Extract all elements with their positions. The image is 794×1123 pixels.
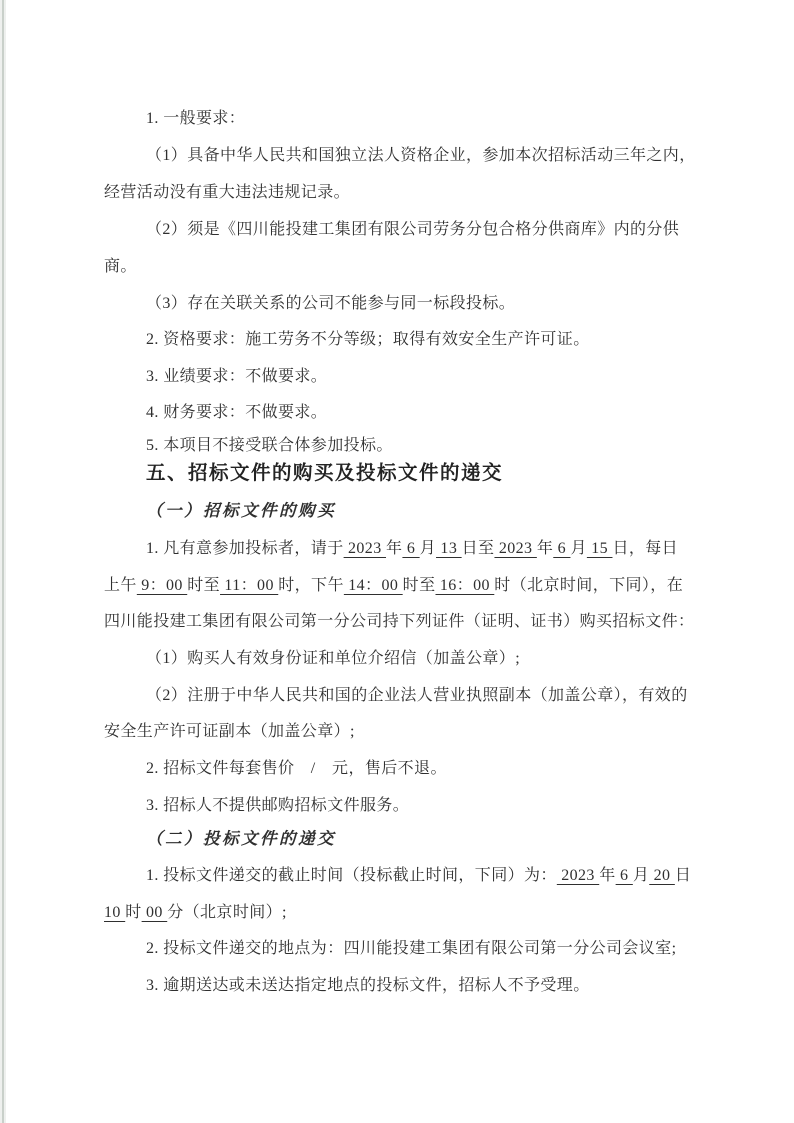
document-line: （2）须是《四川能投建工集团有限公司劳务分包合格分供商库》内的分供	[104, 219, 700, 241]
text-segment: 上午	[104, 577, 137, 594]
document-line: 商。	[104, 256, 700, 278]
text-segment: （一）招标文件的购买	[146, 501, 336, 520]
underlined-field: 6	[553, 540, 570, 557]
underlined-field: 10	[104, 904, 125, 921]
underlined-field: 13	[436, 540, 462, 557]
text-segment: 年	[537, 540, 553, 557]
text-segment: 时至	[403, 577, 436, 594]
document-line: 3. 业绩要求：不做要求。	[104, 366, 700, 388]
document-line: 四川能投建工集团有限公司第一分公司持下列证件（证明、证书）购买招标文件：	[104, 611, 700, 633]
text-segment: 3. 业绩要求：不做要求。	[146, 368, 327, 385]
underlined-field: 14：00	[344, 577, 403, 594]
text-segment: 2. 投标文件递交的地点为：四川能投建工集团有限公司第一分公司会议室;	[146, 940, 676, 957]
text-segment: 1. 一般要求：	[146, 110, 245, 127]
text-segment: 时	[125, 904, 141, 921]
subsection-heading: （一）招标文件的购买	[104, 500, 700, 522]
underlined-field: 16：00	[435, 577, 494, 594]
text-segment: 年	[386, 540, 402, 557]
text-segment: 月	[570, 540, 586, 557]
document-line: 4. 财务要求：不做要求。	[104, 402, 700, 424]
text-segment: 安全生产许可证副本（加盖公章）;	[104, 723, 355, 740]
text-segment: 月	[420, 540, 436, 557]
underlined-field: 2023	[557, 867, 599, 884]
text-segment: 时（北京时间，下同），在	[494, 577, 683, 594]
underlined-field: 15	[587, 540, 613, 557]
text-segment: 时，下午	[278, 577, 344, 594]
document-line: 安全生产许可证副本（加盖公章）;	[104, 721, 700, 743]
text-segment: 五、招标文件的购买及投标文件的递交	[146, 462, 503, 484]
text-segment: 日至	[462, 540, 495, 557]
underlined-field: 6	[616, 867, 633, 884]
text-segment: 1. 凡有意参加投标者，请于	[146, 540, 344, 557]
text-segment: 时至	[187, 577, 220, 594]
underlined-field: 11：00	[220, 577, 278, 594]
subsection-heading: （二）投标文件的递交	[104, 828, 700, 850]
underlined-field: 2023	[344, 540, 386, 557]
document-line: 2. 资格要求：施工劳务不分等级；取得有效安全生产许可证。	[104, 329, 700, 351]
text-segment: 年	[599, 867, 615, 884]
text-segment: 2. 资格要求：施工劳务不分等级；取得有效安全生产许可证。	[146, 331, 590, 348]
document-line: 2. 投标文件递交的地点为：四川能投建工集团有限公司第一分公司会议室;	[104, 938, 700, 960]
document-line: 经营活动没有重大违法违规记录。	[104, 182, 700, 204]
document-line: （2）注册于中华人民共和国的企业法人营业执照副本（加盖公章），有效的	[104, 685, 700, 707]
text-segment: 分（北京时间）;	[167, 904, 287, 921]
underlined-field: 6	[402, 540, 419, 557]
document-line: 3. 招标人不提供邮购招标文件服务。	[104, 795, 700, 817]
text-segment: （2）注册于中华人民共和国的企业法人营业执照副本（加盖公章），有效的	[146, 687, 688, 704]
document-page: 1. 一般要求：（1）具备中华人民共和国独立法人资格企业，参加本次招标活动三年之…	[0, 0, 794, 1123]
document-line: 5. 本项目不接受联合体参加投标。	[104, 435, 700, 457]
text-segment: 日，每日	[612, 540, 678, 557]
text-segment: 日	[675, 867, 691, 884]
underlined-field: 20	[649, 867, 675, 884]
section-heading: 五、招标文件的购买及投标文件的递交	[104, 462, 700, 484]
document-line: （1）购买人有效身份证和单位介绍信（加盖公章）;	[104, 648, 700, 670]
underlined-field: 9：00	[137, 577, 187, 594]
document-line: 10 时 00 分（北京时间）;	[104, 902, 700, 924]
document-line: 3. 逾期送达或未送达指定地点的投标文件，招标人不予受理。	[104, 975, 700, 997]
document-line: 1. 一般要求：	[104, 108, 700, 130]
text-segment: 5. 本项目不接受联合体参加投标。	[146, 437, 393, 454]
text-segment: 月	[633, 867, 649, 884]
document-line: 2. 招标文件每套售价 / 元，售后不退。	[104, 758, 700, 780]
document-line: （1）具备中华人民共和国独立法人资格企业，参加本次招标活动三年之内，	[104, 145, 700, 167]
text-segment: 经营活动没有重大违法违规记录。	[104, 184, 350, 201]
text-segment: 4. 财务要求：不做要求。	[146, 404, 327, 421]
text-segment: 3. 招标人不提供邮购招标文件服务。	[146, 797, 409, 814]
document-line: 1. 投标文件递交的截止时间（投标截止时间，下同）为： 2023 年 6 月 2…	[104, 865, 700, 887]
text-segment: 2. 招标文件每套售价 / 元，售后不退。	[146, 760, 447, 777]
document-line: 上午 9：00 时至 11：00 时，下午 14：00 时至 16：00 时（北…	[104, 575, 700, 597]
scan-edge-line	[2, 0, 4, 1123]
text-segment: 1. 投标文件递交的截止时间（投标截止时间，下同）为：	[146, 867, 557, 884]
document-line: （3）存在关联关系的公司不能参与同一标段投标。	[104, 293, 700, 315]
underlined-field: 00	[142, 904, 168, 921]
text-segment: （3）存在关联关系的公司不能参与同一标段投标。	[146, 295, 515, 312]
text-segment: （1）购买人有效身份证和单位介绍信（加盖公章）;	[146, 650, 520, 667]
underlined-field: 2023	[494, 540, 536, 557]
text-segment: （二）投标文件的递交	[146, 829, 336, 848]
text-segment: （2）须是《四川能投建工集团有限公司劳务分包合格分供商库》内的分供	[146, 221, 679, 238]
document-line: 1. 凡有意参加投标者，请于 2023 年 6 月 13 日至 2023 年 6…	[104, 538, 700, 560]
text-segment: （1）具备中华人民共和国独立法人资格企业，参加本次招标活动三年之内，	[146, 147, 696, 164]
text-segment: 四川能投建工集团有限公司第一分公司持下列证件（证明、证书）购买招标文件：	[104, 613, 694, 630]
text-segment: 3. 逾期送达或未送达指定地点的投标文件，招标人不予受理。	[146, 977, 590, 994]
text-segment: 商。	[104, 258, 137, 275]
